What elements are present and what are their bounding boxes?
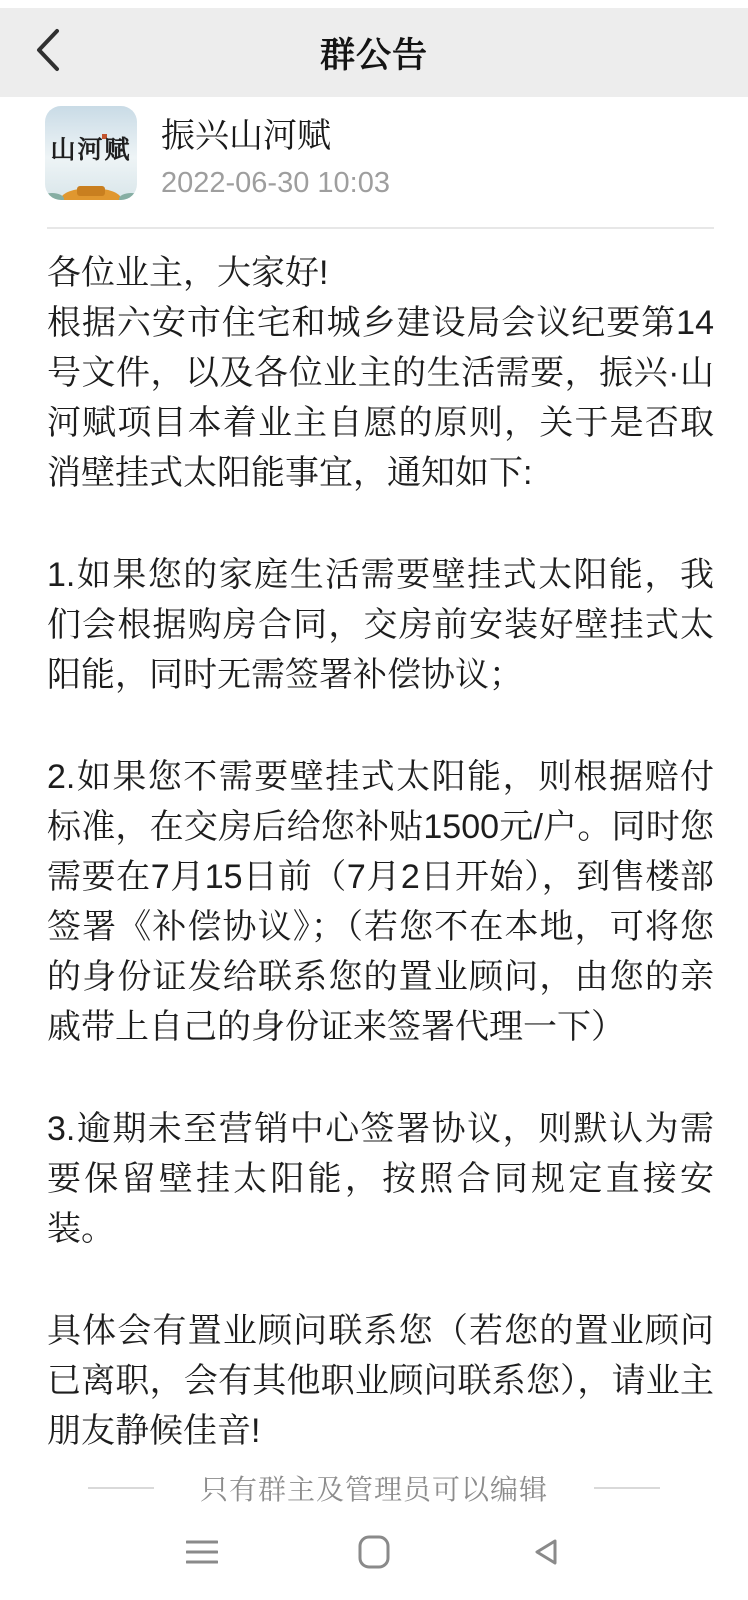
- edit-permission-note: 只有群主及管理员可以编辑: [0, 1468, 748, 1508]
- footer-note-text: 只有群主及管理员可以编辑: [200, 1468, 548, 1508]
- announcement-meta: 山河赋 振兴山河赋 2022-06-30 10:03: [45, 106, 714, 200]
- avatar-calligraphy-text: 山河赋: [50, 135, 131, 164]
- recents-menu-button[interactable]: [172, 1524, 232, 1584]
- top-strip: [0, 0, 748, 8]
- footer-right-line: [594, 1487, 660, 1489]
- announcement-timestamp: 2022-06-30 10:03: [161, 166, 390, 200]
- menu-icon: [186, 1539, 218, 1570]
- author-name: 振兴山河赋: [161, 116, 390, 156]
- author-block: 振兴山河赋 2022-06-30 10:03: [161, 106, 390, 200]
- announcement-paragraph: 3.逾期未至营销中心签署协议，则默认为需要保留壁挂太阳能，按照合同规定直接安装。: [47, 1104, 714, 1254]
- group-announcement-screen: 群公告: [0, 0, 748, 1600]
- announcement-paragraph: 1.如果您的家庭生活需要壁挂式太阳能，我们会根据购房合同，交房前安装好壁挂式太阳…: [47, 550, 714, 700]
- announcement-paragraph: 具体会有置业顾问联系您（若您的置业顾问已离职，会有其他职业顾问联系您），请业主朋…: [47, 1306, 714, 1456]
- home-button[interactable]: [344, 1524, 404, 1584]
- divider: [47, 227, 714, 229]
- home-icon: [358, 1535, 390, 1574]
- announcement-paragraph: 2.如果您不需要壁挂式太阳能，则根据赔付标准，在交房后给您补贴1500元/户。同…: [47, 752, 714, 1052]
- header: 群公告: [0, 8, 748, 97]
- back-triangle-icon: [531, 1537, 561, 1572]
- android-nav-bar: [0, 1512, 748, 1596]
- announcement-paragraph: 各位业主，大家好! 根据六安市住宅和城乡建设局会议纪要第14号文件，以及各位业主…: [47, 248, 714, 498]
- back-nav-button[interactable]: [516, 1524, 576, 1584]
- avatar-art: 山河赋: [45, 106, 137, 200]
- announcement-body: 各位业主，大家好! 根据六安市住宅和城乡建设局会议纪要第14号文件，以及各位业主…: [47, 248, 714, 1456]
- footer-left-line: [88, 1487, 154, 1489]
- group-avatar[interactable]: 山河赋: [45, 106, 137, 200]
- page-title: 群公告: [0, 8, 748, 97]
